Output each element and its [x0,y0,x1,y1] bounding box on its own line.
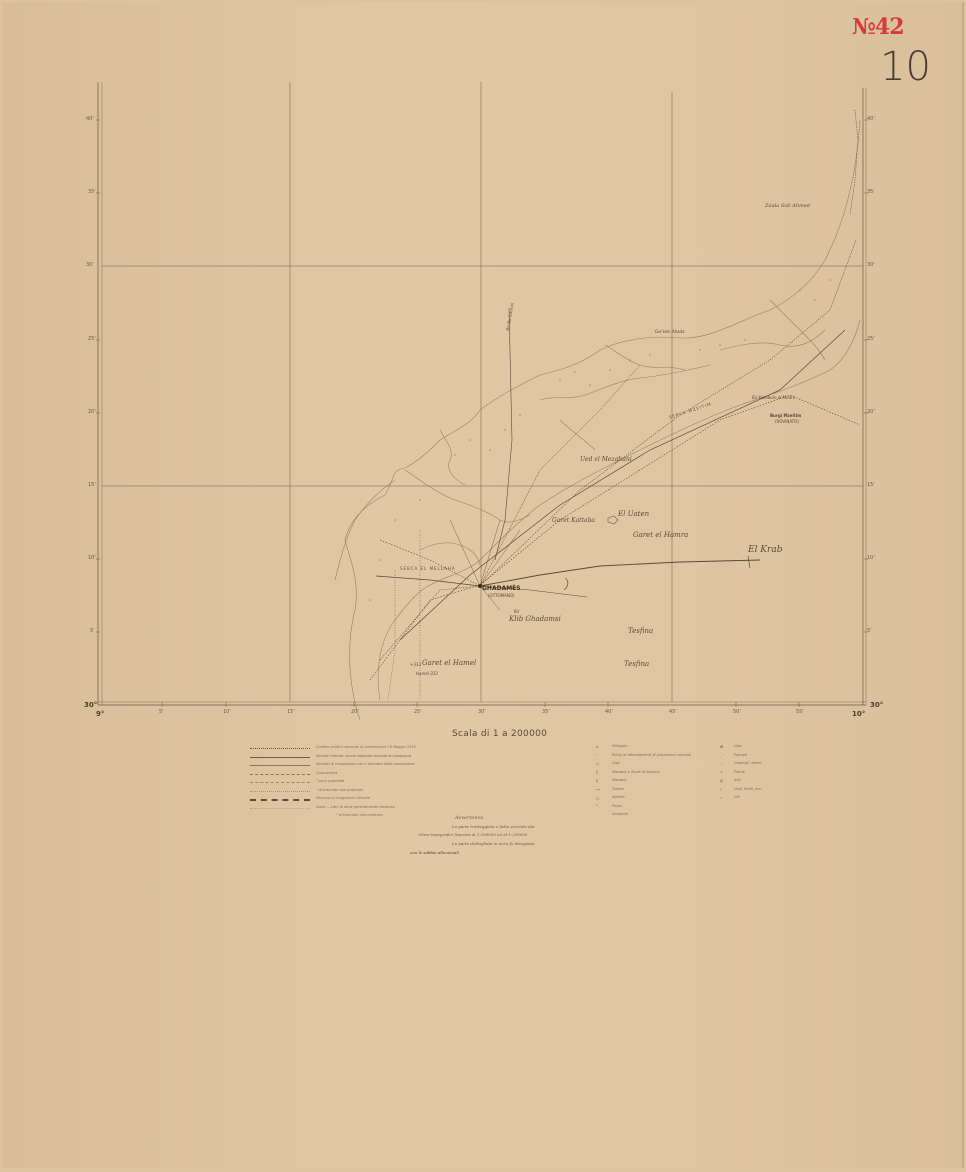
symbol-text: Rifugi di attendamenti di popolazioni no… [612,753,691,757]
legend-row: Carovaniera [250,771,450,779]
symbol-text: Capi [612,761,620,765]
tick-lat-left-10: 10' [88,555,96,561]
cape-icon: ◇ [596,761,599,766]
corner-lat-bottom-left: 30° [84,701,97,709]
scale-title: Scala di 1 a 200000 [452,729,547,739]
symbol-text: Pozzo [612,804,622,808]
tomb-icon: ⊶ [596,787,600,792]
legend-text: Carovaniera [316,771,337,775]
tick-lon-35: 35' [542,709,550,715]
symbol-text: Palmeti [734,753,747,757]
legend-text: Itinerari di ricognizione per il traccia… [316,762,414,766]
legend-row: Itinerari di ricognizione per il traccia… [250,762,450,770]
note-line-2: rilievi topografici francesi al 1:200000… [418,832,527,837]
tick-lon-40: 40' [605,709,613,715]
symbol-row: ⌂Villaggio✿Oasi [592,744,832,753]
place-zaula-sidi-ahmed: Zaula Sidi Ahmed [765,203,810,209]
legend-row: " di tracciato non praticato [250,788,450,796]
note-line-3: La parte dettagliata in nero fu disegnat… [452,841,534,846]
well-icon: ° [596,804,598,809]
legend-text: " di tracciato non praticato [336,813,383,817]
legend-row: Dune — Lato di dune generalmente dispers… [250,805,450,813]
symbol-row: °Pozzo [592,804,832,813]
place-ghadames-sub: (OTTOMANO) [488,593,515,598]
symbol-row: ‡Marabut e Zauie di Senussi⊤Palme [592,770,832,779]
place-ghadames: GHADAMÈS [482,585,521,592]
legend-text: " poco praticata [316,779,344,783]
legend-row: " di tracciato non praticato [250,813,450,821]
legend-row: Itinerari rilevati: lavoro eseguito dura… [250,754,450,762]
tick-lat-left-20: 20' [88,409,96,415]
place-burgi-mzeitim-sub: (ROVINATO) [775,419,799,424]
symbol-text: Marabut [612,778,627,782]
tick-lon-25: 25' [414,709,422,715]
tick-lat-left-40: 40' [86,116,94,122]
legend-text: " di tracciato non praticato [316,788,363,792]
tick-lat-right-20: 20' [867,409,875,415]
tick-lat-right-35: 35' [867,189,875,195]
marabut-icon: ǂ [596,778,598,783]
line-legend: Confine politico secondo la convenzione … [250,745,450,822]
tree-icon: △ [596,795,599,800]
palm-icon: ⊤ [720,770,723,775]
legend-line-fine-dot [250,808,310,809]
place-tesfina-1: Tesfina [628,627,653,635]
tick-lat-right-25: 25' [867,336,875,342]
tick-lon-15: 15' [287,709,295,715]
note-line-4: con le sabbie alluvionali [410,850,459,855]
legend-line-border [250,748,310,749]
legend-row: " poco praticata [250,779,450,787]
symbol-text: Uadi, fiumi, ecc. [734,787,762,791]
corner-lat-bottom-right: 30° [870,701,883,709]
place-garet-kattaba: Garet Kattaba [552,517,595,524]
legend-line-heavy-dash [250,799,310,801]
symbol-legend: ⌂Villaggio✿Oasi ᴸRifugi di attendamenti … [592,744,832,817]
symbol-row: ǂMarabutψAlfa [592,778,832,787]
tick-lon-10: 10' [223,709,231,715]
legend-line-dotted [250,791,310,792]
symbol-text: Hill [734,795,740,799]
tick-lat-left-15: 15' [88,482,96,488]
place-garet-el-hamra: Garet el Hamra [633,531,688,539]
symbol-text: Marabut e Zauie di Senussi [612,770,660,774]
tick-lat-left-25: 25' [88,336,96,342]
nomad-camp-icon: ᴸ [596,753,597,758]
tick-lat-right-15: 15' [867,482,875,488]
palm-grove-icon: ⋰ [720,753,724,758]
place-bir-kambum: Bir Kambum el Medra [752,395,795,400]
tick-lat-left-35: 35' [88,189,96,195]
symbol-row: ᴸRifugi di attendamenti di popolazioni n… [592,753,832,762]
legend-text: Dune — Lato di dune generalmente dispers… [316,805,394,809]
symbol-row: ◇Capi∴Cespugli, alberi [592,761,832,770]
tick-lon-55: 55' [796,709,804,715]
place-gel-ben-abada: Gel ben Abada [655,329,684,334]
legend-line-solid [250,757,310,758]
place-bir: Bir [514,609,520,614]
tick-lon-45: 45' [669,709,677,715]
corner-lon-bottom-left: 9° [96,710,104,718]
symbol-text: Oasi [734,744,742,748]
symbol-row: ⊶Tombe⌇Uadi, fiumi, ecc. [592,787,832,796]
zauia-icon: ‡ [596,770,598,775]
place-hamel-sub: Hamel 333 [416,671,438,676]
symbol-text: Cespugli, alberi [734,761,761,765]
legend-line-dash [250,774,310,775]
tick-lat-right-10: 10' [867,555,875,561]
place-el-uaten: El Uaten [618,510,649,518]
bush-icon: ∴ [720,761,723,766]
corner-lon-bottom-right: 10° [852,710,865,718]
place-sebca-el-mellaha: SEBCA EL MELLAHA [400,566,456,571]
symbol-text: Palme [734,770,745,774]
tick-lon-30: 30' [478,709,486,715]
tick-lat-right-5: 5' [867,628,872,634]
legend-text: Percorso e ricognizioni rilevate [316,796,370,800]
tick-lon-50: 50' [733,709,741,715]
tick-lat-right-40: 40' [867,116,875,122]
symbol-text: Tombe [612,787,624,791]
legend-row: Percorso e ricognizioni rilevate [250,796,450,804]
symbol-row: △Alberto⌁Hill [592,795,832,804]
place-tesfina-2: Tesfina [624,660,649,668]
tick-lat-right-30: 30' [867,262,875,268]
place-klib-ghadamsi: Klib Ghadamsi [509,615,561,623]
legend-text: Confine politico secondo la convenzione … [316,745,416,749]
place-burgi-mzeitim: Burgi Mzeitim [770,413,801,418]
tick-lon-5: 5' [159,709,164,715]
symbol-text: Alberto [612,795,625,799]
place-garet-el-hamel: Garet el Hamel [422,659,476,667]
symbol-row: Sorgente [592,812,832,817]
village-icon: ⌂ [596,744,599,749]
legend-text: Itinerari rilevati: lavoro eseguito dura… [316,754,411,758]
symbol-text: Sorgente [612,812,628,816]
note-title: Avvertenza [455,815,483,821]
legend-line-thin [250,765,310,766]
symbol-text: Villaggio [612,744,627,748]
alfa-grass-icon: ψ [720,778,723,783]
tick-lon-20: 20' [351,709,359,715]
hill-icon: ⌁ [720,795,722,800]
place-ued-mezghani: Ued el Mezghani [580,456,632,463]
note-line-1: La parte tratteggiata e fatta secondo da… [452,824,534,829]
legend-row: Confine politico secondo la convenzione … [250,745,450,753]
legend-line-dash-dot [250,782,310,783]
wadi-icon: ⌇ [720,787,722,792]
tick-lat-left-30: 30' [86,262,94,268]
place-el-krab: El Krab [748,545,782,555]
place-marker-333: +333 [410,662,421,667]
oasis-icon: ✿ [720,744,723,749]
tick-lat-left-5: 5' [90,628,95,634]
symbol-text: Alfa [734,778,741,782]
